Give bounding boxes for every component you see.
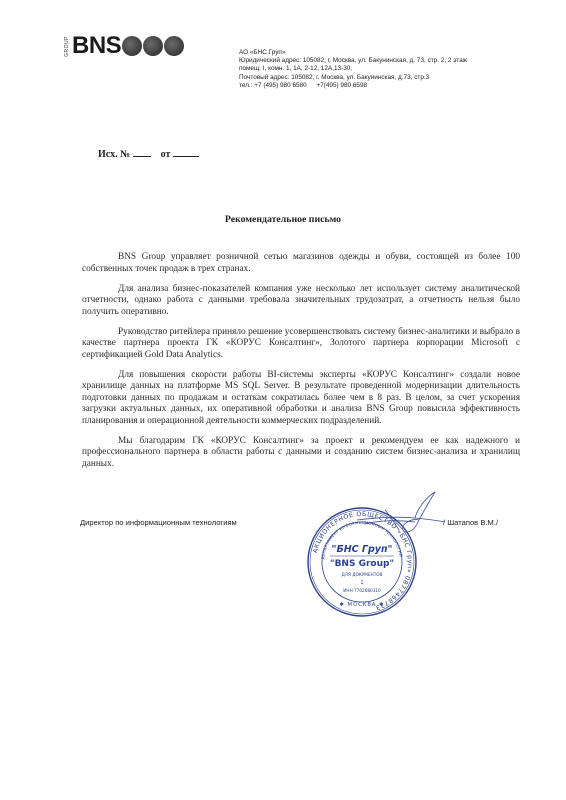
svg-text:"БНС Груп": "БНС Груп" xyxy=(332,544,393,555)
phone-2: +7(495) 980 6598 xyxy=(316,82,367,89)
paragraph: Для анализа бизнес-показателей компания … xyxy=(82,284,520,319)
logo-circle-icon xyxy=(143,36,163,56)
premises: помещ. I, комн. 1, 1А, 2-12, 12А,13-30, xyxy=(239,65,467,73)
svg-text:✱ МОСКВА ✱: ✱ МОСКВА ✱ xyxy=(340,602,385,608)
company-contact-block: АО «БНС Груп» Юридический адрес: 105082,… xyxy=(239,49,467,90)
outgoing-number-blank xyxy=(133,156,151,157)
svg-text:ДЛЯ ДОКУМЕНТОВ: ДЛЯ ДОКУМЕНТОВ xyxy=(342,572,383,577)
letter-body: BNS Group управляет розничной сетью мага… xyxy=(82,252,520,479)
phone-row: тел.: +7 (495) 980 6580 +7(495) 980 6598 xyxy=(239,82,467,90)
date-blank xyxy=(173,156,199,157)
svg-text:"BNS Group": "BNS Group" xyxy=(330,559,394,569)
letter-page: GROUP BNS АО «БНС Груп» Юридический адре… xyxy=(0,0,566,800)
bns-group-logo: GROUP BNS xyxy=(64,33,185,59)
logo-brand-text: BNS xyxy=(72,34,121,58)
date-label: от xyxy=(161,149,171,160)
logo-circle-icon xyxy=(164,36,184,56)
phone-1: тел.: +7 (495) 980 6580 xyxy=(239,82,307,89)
outgoing-number-label: Исх. № xyxy=(98,149,130,160)
handwritten-signature-icon xyxy=(355,490,455,540)
svg-text:1: 1 xyxy=(360,580,363,586)
logo-group-label: GROUP xyxy=(64,36,70,57)
company-name: АО «БНС Груп» xyxy=(239,49,467,57)
paragraph: Мы благодарим ГК «КОРУС Консалтинг» за п… xyxy=(82,436,520,471)
svg-text:ИНН 7702680310: ИНН 7702680310 xyxy=(343,588,381,593)
paragraph: BNS Group управляет розничной сетью мага… xyxy=(82,252,520,275)
paragraph: Для повышения скорости работы BI-системы… xyxy=(82,370,520,428)
postal-address: Почтовый адрес: 105082, г. Москва, ул. Б… xyxy=(239,74,467,82)
logo-circles-icon xyxy=(122,36,185,56)
logo-circle-icon xyxy=(122,36,142,56)
legal-address: Юридический адрес: 105082, г. Москва, ул… xyxy=(239,57,467,65)
signatory-position: Директор по информационным технологиям xyxy=(80,518,237,527)
outgoing-reference: Исх. № от xyxy=(98,149,199,160)
letter-title: Рекомендательное письмо xyxy=(0,214,566,225)
paragraph: Руководство ритейлера приняло решение ус… xyxy=(82,327,520,362)
